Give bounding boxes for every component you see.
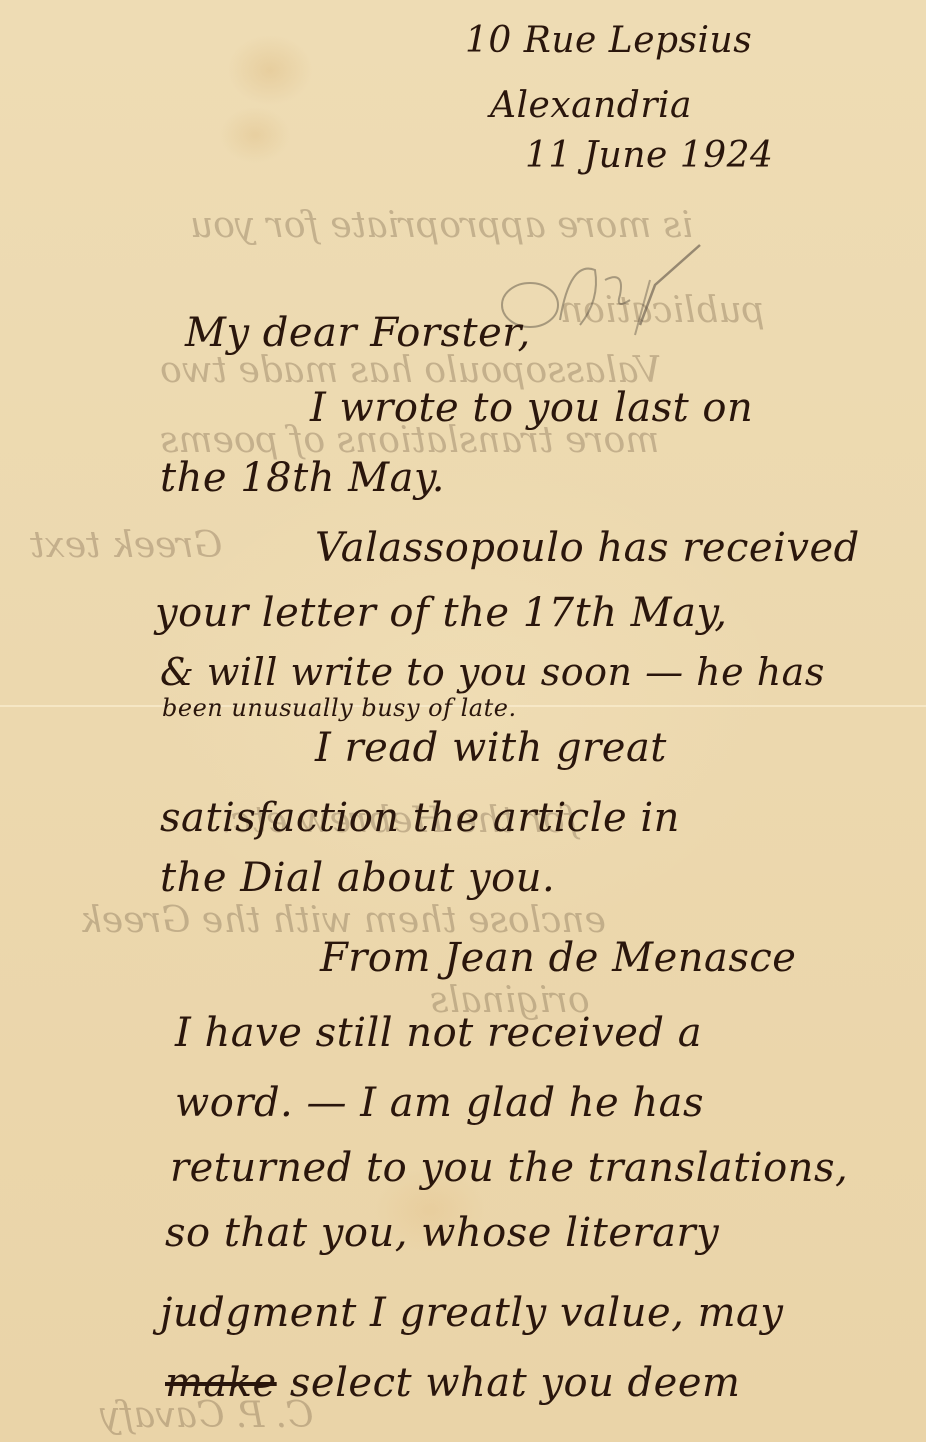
address-line-2: Alexandria: [490, 85, 692, 126]
salutation: My dear Forster,: [185, 310, 531, 356]
body-line: satisfaction the article in: [160, 795, 680, 841]
body-line-last: make select what you deem: [165, 1360, 740, 1406]
body-line: Valassopoulo has received: [315, 525, 860, 571]
body-line: been unusually busy of late.: [162, 694, 517, 722]
address-line-1: 10 Rue Lepsius: [465, 20, 752, 61]
letter-date: 11 June 1924: [525, 135, 773, 176]
bleed-through-text: Greek text: [30, 525, 222, 566]
body-line: I have still not received a: [175, 1010, 702, 1056]
body-line: so that you, whose literary: [165, 1210, 719, 1256]
body-line: word. — I am glad he has: [175, 1080, 704, 1126]
body-line: I wrote to you last on: [310, 385, 753, 431]
body-line: judgment I greatly value, may: [160, 1290, 783, 1336]
body-line-text: select what you deem: [290, 1360, 741, 1406]
struck-word: make: [165, 1360, 277, 1406]
body-line: returned to you the translations,: [170, 1145, 848, 1191]
body-line: From Jean de Menasce: [320, 935, 796, 981]
pencil-mark-icon: [500, 240, 820, 350]
body-line: the 18th May.: [160, 455, 445, 501]
body-line: I read with great: [315, 725, 667, 771]
body-line: the Dial about you.: [160, 855, 555, 901]
body-line: your letter of the 17th May,: [155, 590, 727, 636]
body-line: & will write to you soon — he has: [160, 650, 825, 694]
